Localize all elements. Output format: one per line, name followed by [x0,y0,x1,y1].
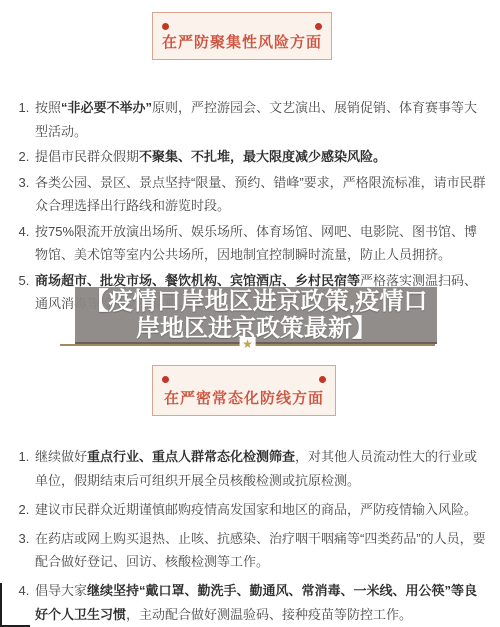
policy-text: 提倡市民群众假期 [35,149,139,164]
policy-list-item: 按75%限流开放演出场所、娱乐场所、体育场馆、网吧、电影院、图书馆、博物馆、美术… [33,220,486,267]
star-divider: ★ [60,344,435,346]
policy-text: 按75%限流开放演出场所、娱乐场所、体育场馆、网吧、电影院、图书馆、博物馆、美术… [35,224,477,263]
policy-text-bold: 重点行业、重点人群常态化检测筛查 [87,449,295,464]
policy-text: 建议市民群众近期谨慎邮购疫情高发国家和地区的商品，严防疫情输入风险。 [35,502,477,517]
policy-list-item: 提倡市民群众假期不聚集、不扎堆，最大限度减少感染风险。 [33,145,486,169]
star-icon: ★ [239,337,256,351]
overlay-title: 【疫情口岸地区进京政策,疫情口岸地区进京政策最新】 [75,288,437,342]
policy-text-bold: 商场超市、批发市场、餐饮机构、宾馆酒店、乡村民宿等 [35,273,360,288]
watermark-title-overlay: 【疫情口岸地区进京政策,疫情口岸地区进京政策最新】 [75,287,437,344]
policy-text: 继续做好 [35,449,87,464]
screenshot-border-artifact-left [0,583,2,627]
policy-list-gathering-risk: 按照“非必要不举办”原则，严控游园会、文艺演出、展销促销、体育赛事等大型活动。提… [0,96,500,318]
section-title: 在严密常态化防线方面 [164,387,324,408]
section-title: 在严防聚集性风险方面 [162,31,322,52]
section-header-normalized-defense: 在严密常态化防线方面 [152,365,336,416]
policy-text-bold: 不聚集、不扎堆，最大限度减少感染风险。 [139,149,386,164]
section-header-gathering-risk: 在严防聚集性风险方面 [152,12,332,60]
decorative-dot-icon [162,376,169,383]
decorative-dot-icon [162,23,169,30]
policy-text: 在药店或网上购买退热、止咳、抗感染、治疗咽干咽痛等“四类药品”的人员，要配合做好… [35,531,486,570]
policy-text: 各类公园、景区、景点坚持“限量、预约、错峰”要求，严格限流标准，请市民群众合理选… [35,175,486,214]
policy-list-item: 倡导大家继续坚持“戴口罩、勤洗手、勤通风、常消毒、一米线、用公筷”等良好个人卫生… [33,579,486,626]
decorative-dot-icon [319,376,326,383]
decorative-dot-icon [315,23,322,30]
policy-list-item: 按照“非必要不举办”原则，严控游园会、文艺演出、展销促销、体育赛事等大型活动。 [33,96,486,143]
policy-list-item: 各类公园、景区、景点坚持“限量、预约、错峰”要求，严格限流标准，请市民群众合理选… [33,171,486,218]
policy-text: ，主动配合做好测温验码、接种疫苗等防控工作。 [126,607,412,622]
policy-text: 倡导大家 [35,583,87,598]
article-page: 在严防聚集性风险方面 按照“非必要不举办”原则，严控游园会、文艺演出、展销促销、… [0,0,500,627]
policy-list-item: 继续做好重点行业、重点人群常态化检测筛查，对其他人员流动性大的行业或单位，假期结… [33,445,486,492]
policy-list-item: 在药店或网上购买退热、止咳、抗感染、治疗咽干咽痛等“四类药品”的人员，要配合做好… [33,527,486,574]
policy-list-item: 建议市民群众近期谨慎邮购疫情高发国家和地区的商品，严防疫情输入风险。 [33,498,486,522]
policy-text-bold: “非必要不举办” [61,100,152,115]
policy-list-normalized-defense: 继续做好重点行业、重点人群常态化检测筛查，对其他人员流动性大的行业或单位，假期结… [0,445,500,627]
policy-text: 按照 [35,100,61,115]
